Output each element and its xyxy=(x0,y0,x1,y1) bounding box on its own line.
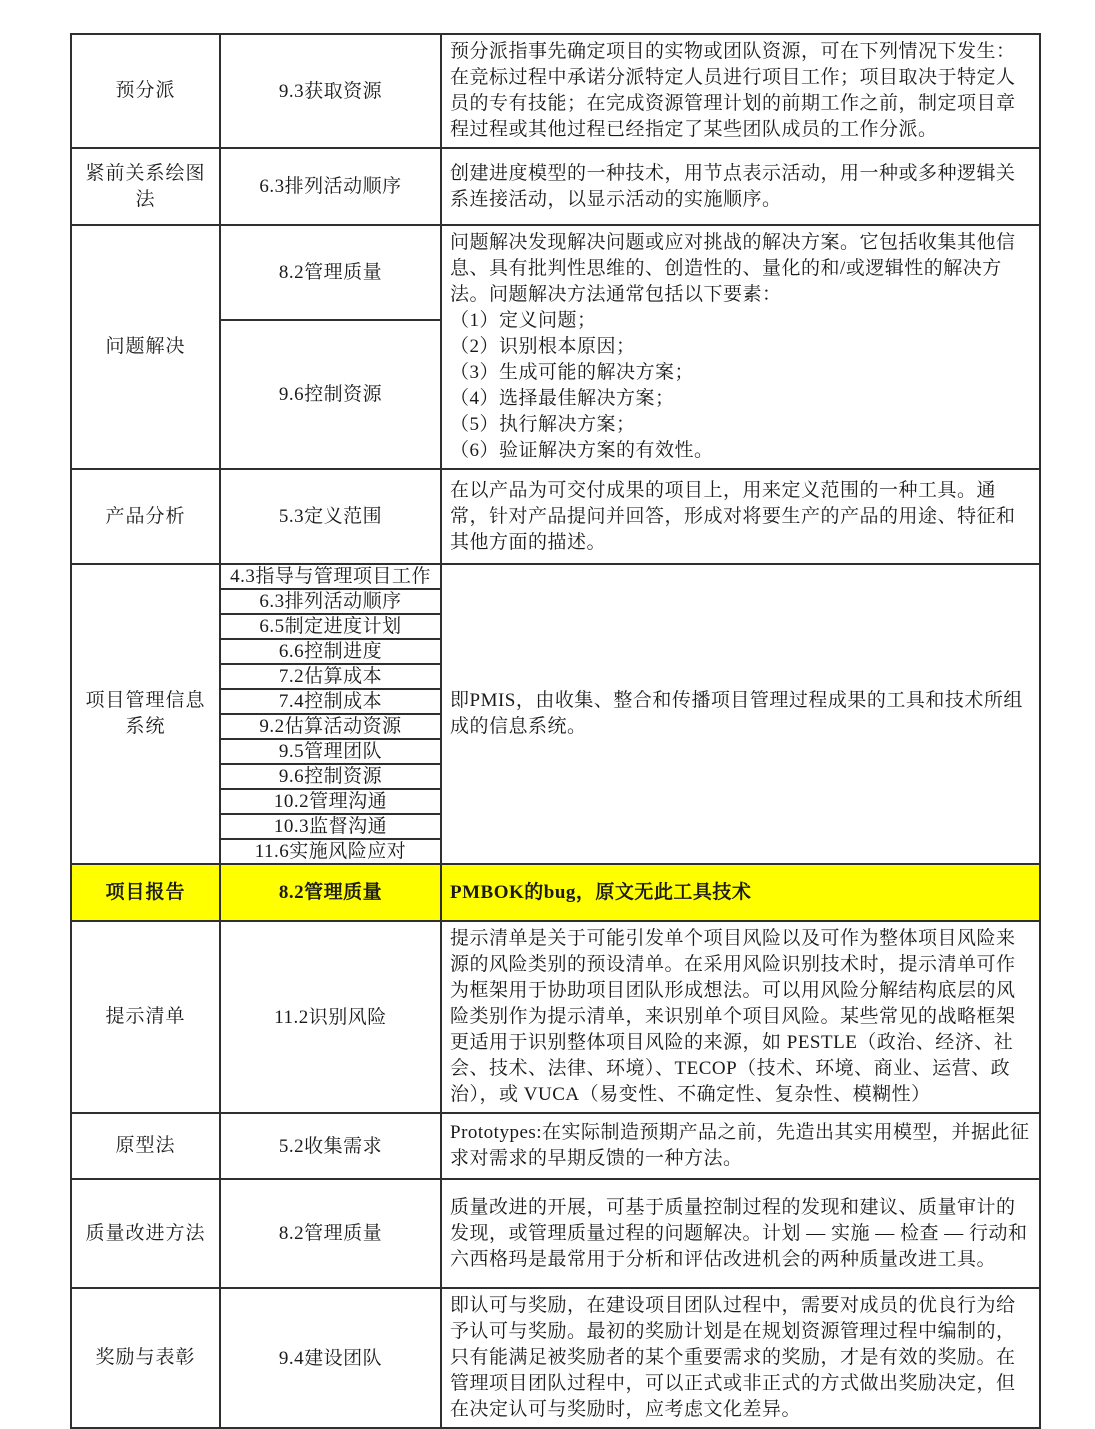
description-cell: 在以产品为可交付成果的项目上，用来定义范围的一种工具。通常，针对产品提问并回答，… xyxy=(440,470,1039,563)
tool-name-cell: 问题解决 xyxy=(72,226,219,468)
table-row: 项目管理信息系统 4.3指导与管理项目工作 6.3排列活动顺序 6.5制定进度计… xyxy=(72,563,1039,863)
process-item: 6.3排列活动顺序 xyxy=(221,149,440,224)
table-row: 质量改进方法 8.2管理质量 质量改进的开展，可基于质量控制过程的发现和建议、质… xyxy=(72,1178,1039,1287)
description-cell: 问题解决发现解决问题或应对挑战的解决方案。它包括收集其他信息、具有批判性思维的、… xyxy=(440,226,1039,468)
table-row: 紧前关系绘图法 6.3排列活动顺序 创建进度模型的一种技术，用节点表示活动，用一… xyxy=(72,147,1039,224)
description-cell: 预分派指事先确定项目的实物或团队资源，可在下列情况下发生：在竞标过程中承诺分派特… xyxy=(440,35,1039,147)
process-item: 5.2收集需求 xyxy=(221,1114,440,1178)
process-item: 9.4建设团队 xyxy=(221,1289,440,1427)
process-item: 9.5管理团队 xyxy=(221,738,440,763)
process-item: 6.6控制进度 xyxy=(221,638,440,663)
process-cell: 5.3定义范围 xyxy=(219,470,440,563)
description-text: 质量改进的开展，可基于质量控制过程的发现和建议、质量审计的发现，或管理质量过程的… xyxy=(450,1195,1031,1273)
process-item: 7.4控制成本 xyxy=(221,688,440,713)
tool-name-cell: 预分派 xyxy=(72,35,219,147)
table-row: 问题解决 8.2管理质量 9.6控制资源 问题解决发现解决问题或应对挑战的解决方… xyxy=(72,224,1039,468)
description-text: PMBOK的bug，原文无此工具技术 xyxy=(450,880,751,906)
tool-name-cell: 项目报告 xyxy=(72,865,219,920)
tool-name-cell: 产品分析 xyxy=(72,470,219,563)
process-item: 8.2管理质量 xyxy=(221,1180,440,1287)
process-item: 7.2估算成本 xyxy=(221,663,440,688)
table-row: 提示清单 11.2识别风险 提示清单是关于可能引发单个项目风险以及可作为整体项目… xyxy=(72,920,1039,1112)
description-text: 在以产品为可交付成果的项目上，用来定义范围的一种工具。通常，针对产品提问并回答，… xyxy=(450,478,1031,556)
document-page: 预分派 9.3获取资源 预分派指事先确定项目的实物或团队资源，可在下列情况下发生… xyxy=(70,33,1041,1429)
process-cell: 8.2管理质量 9.6控制资源 xyxy=(219,226,440,468)
table-row: 产品分析 5.3定义范围 在以产品为可交付成果的项目上，用来定义范围的一种工具。… xyxy=(72,468,1039,563)
tool-name-cell: 奖励与表彰 xyxy=(72,1289,219,1427)
tool-name-cell: 提示清单 xyxy=(72,922,219,1112)
description-text: 即PMIS，由收集、整合和传播项目管理过程成果的工具和技术所组成的信息系统。 xyxy=(450,688,1031,740)
table-row-highlighted: 项目报告 8.2管理质量 PMBOK的bug，原文无此工具技术 xyxy=(72,863,1039,920)
process-item: 9.6控制资源 xyxy=(221,319,440,468)
process-item: 9.3获取资源 xyxy=(221,35,440,147)
process-item: 10.3监督沟通 xyxy=(221,813,440,838)
description-cell: 质量改进的开展，可基于质量控制过程的发现和建议、质量审计的发现，或管理质量过程的… xyxy=(440,1180,1039,1287)
description-text: 问题解决发现解决问题或应对挑战的解决方案。它包括收集其他信息、具有批判性思维的、… xyxy=(450,230,1031,464)
description-text: 创建进度模型的一种技术，用节点表示活动，用一种或多种逻辑关系连接活动，以显示活动… xyxy=(450,161,1031,213)
process-item: 4.3指导与管理项目工作 xyxy=(221,565,440,588)
pmbok-tools-table: 预分派 9.3获取资源 预分派指事先确定项目的实物或团队资源，可在下列情况下发生… xyxy=(70,33,1041,1429)
process-cell: 4.3指导与管理项目工作 6.3排列活动顺序 6.5制定进度计划 6.6控制进度… xyxy=(219,565,440,863)
process-item: 8.2管理质量 xyxy=(221,865,440,920)
description-text: 预分派指事先确定项目的实物或团队资源，可在下列情况下发生：在竞标过程中承诺分派特… xyxy=(450,39,1031,143)
description-cell: 即PMIS，由收集、整合和传播项目管理过程成果的工具和技术所组成的信息系统。 xyxy=(440,565,1039,863)
process-item: 11.2识别风险 xyxy=(221,922,440,1112)
description-text: Prototypes:在实际制造预期产品之前，先造出其实用模型，并据此征求对需求… xyxy=(450,1120,1031,1172)
tool-name-cell: 紧前关系绘图法 xyxy=(72,149,219,224)
tool-name-cell: 项目管理信息系统 xyxy=(72,565,219,863)
table-row: 原型法 5.2收集需求 Prototypes:在实际制造预期产品之前，先造出其实… xyxy=(72,1112,1039,1178)
description-cell: 即认可与奖励，在建设项目团队过程中，需要对成员的优良行为给予认可与奖励。最初的奖… xyxy=(440,1289,1039,1427)
process-item: 6.3排列活动顺序 xyxy=(221,588,440,613)
process-cell: 9.3获取资源 xyxy=(219,35,440,147)
process-item: 6.5制定进度计划 xyxy=(221,613,440,638)
description-cell: 提示清单是关于可能引发单个项目风险以及可作为整体项目风险来源的风险类别的预设清单… xyxy=(440,922,1039,1112)
process-cell: 9.4建设团队 xyxy=(219,1289,440,1427)
process-item: 5.3定义范围 xyxy=(221,470,440,563)
process-cell: 8.2管理质量 xyxy=(219,865,440,920)
process-item: 8.2管理质量 xyxy=(221,226,440,319)
table-row: 奖励与表彰 9.4建设团队 即认可与奖励，在建设项目团队过程中，需要对成员的优良… xyxy=(72,1287,1039,1427)
description-cell: PMBOK的bug，原文无此工具技术 xyxy=(440,865,1039,920)
process-item: 10.2管理沟通 xyxy=(221,788,440,813)
process-cell: 6.3排列活动顺序 xyxy=(219,149,440,224)
process-cell: 5.2收集需求 xyxy=(219,1114,440,1178)
tool-name-cell: 质量改进方法 xyxy=(72,1180,219,1287)
description-text: 提示清单是关于可能引发单个项目风险以及可作为整体项目风险来源的风险类别的预设清单… xyxy=(450,926,1031,1108)
description-cell: Prototypes:在实际制造预期产品之前，先造出其实用模型，并据此征求对需求… xyxy=(440,1114,1039,1178)
process-item: 9.6控制资源 xyxy=(221,763,440,788)
description-text: 即认可与奖励，在建设项目团队过程中，需要对成员的优良行为给予认可与奖励。最初的奖… xyxy=(450,1293,1031,1423)
tool-name-cell: 原型法 xyxy=(72,1114,219,1178)
process-item: 11.6实施风险应对 xyxy=(221,838,440,863)
table-row: 预分派 9.3获取资源 预分派指事先确定项目的实物或团队资源，可在下列情况下发生… xyxy=(72,35,1039,147)
process-item: 9.2估算活动资源 xyxy=(221,713,440,738)
process-cell: 8.2管理质量 xyxy=(219,1180,440,1287)
description-cell: 创建进度模型的一种技术，用节点表示活动，用一种或多种逻辑关系连接活动，以显示活动… xyxy=(440,149,1039,224)
process-cell: 11.2识别风险 xyxy=(219,922,440,1112)
